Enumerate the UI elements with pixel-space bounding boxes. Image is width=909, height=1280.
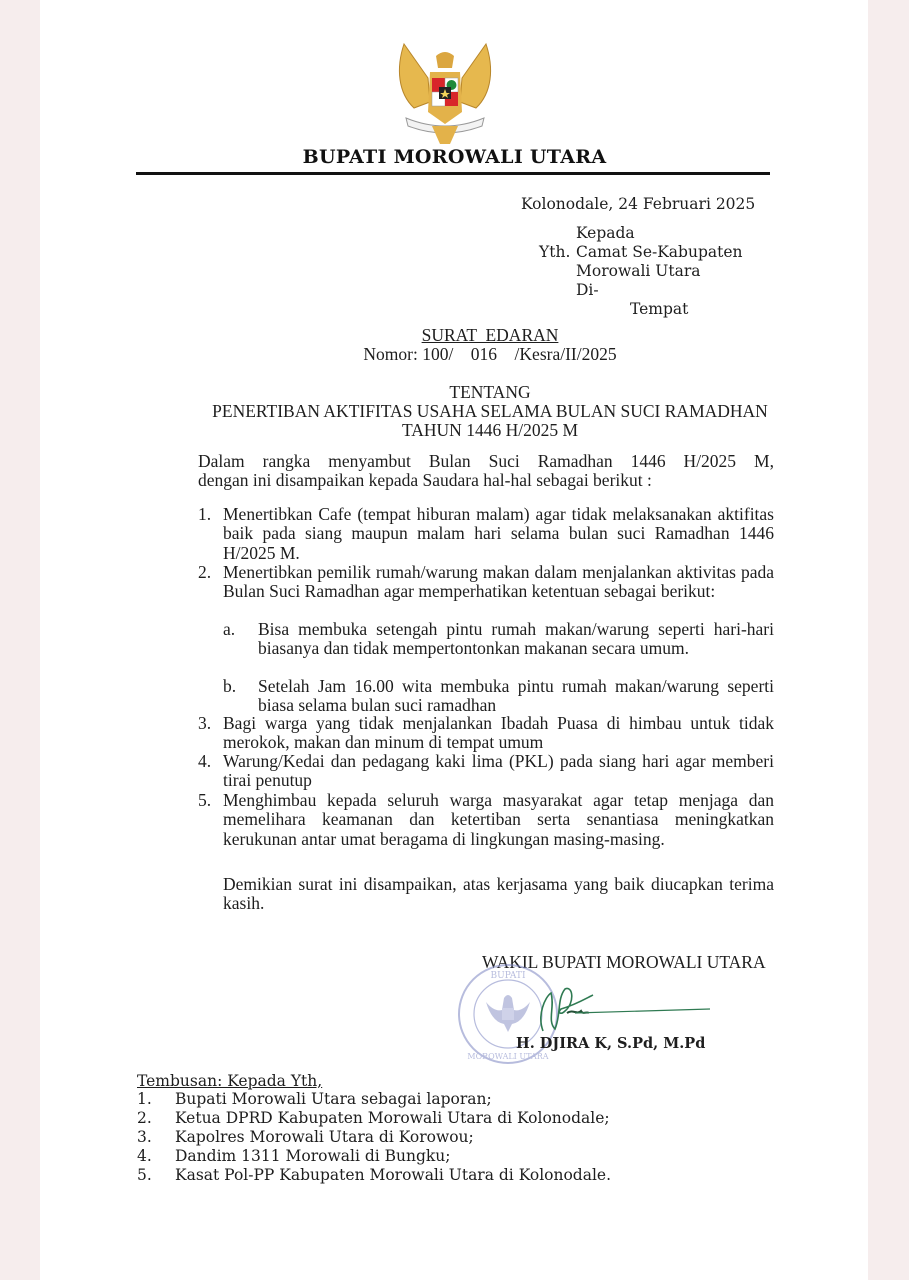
item-number: 5. xyxy=(198,791,211,810)
document-type: SURAT EDARAN xyxy=(422,325,559,345)
place-date: Kolonodale, 24 Februari 2025 xyxy=(521,195,755,214)
cc-number: 1. xyxy=(137,1090,152,1109)
sub-list-item: Bisa membuka setengah pintu rumah makan/… xyxy=(258,620,774,659)
svg-text:MOROWALI UTARA: MOROWALI UTARA xyxy=(467,1052,548,1061)
recipient-line2: Morowali Utara xyxy=(576,262,700,281)
item-number: 2. xyxy=(198,563,211,582)
item-number: 3. xyxy=(198,714,211,733)
closing-paragraph: Demikian surat ini disampaikan, atas ker… xyxy=(223,875,774,914)
recipient-yth: Yth. xyxy=(539,243,570,262)
svg-text:BUPATI: BUPATI xyxy=(491,971,526,981)
intro-line2: dengan ini disampaikan kepada Saudara ha… xyxy=(198,471,652,490)
signatory-name: H. DJIRA K, S.Pd, M.Pd xyxy=(516,1035,705,1052)
list-item: Bagi warga yang tidak menjalankan Ibadah… xyxy=(223,714,774,753)
document-number: Nomor: 100/ 016 /Kesra/II/2025 xyxy=(190,345,790,364)
intro-line1: Dalam rangka menyambut Bulan Suci Ramadh… xyxy=(198,452,774,471)
subject-line2: TAHUN 1446 H/2025 M xyxy=(190,421,790,440)
cc-number: 4. xyxy=(137,1147,152,1166)
subitem-letter: b. xyxy=(223,677,236,696)
recipient-label: Kepada xyxy=(576,224,635,243)
recipient-line1: Camat Se-Kabupaten xyxy=(576,243,743,262)
item-number: 1. xyxy=(198,505,211,524)
list-item: Warung/Kedai dan pedagang kaki lima (PKL… xyxy=(223,752,774,791)
recipient-di: Di- xyxy=(576,281,599,300)
letterhead-title: BUPATI MOROWALI UTARA xyxy=(0,146,909,168)
cc-number: 2. xyxy=(137,1109,152,1128)
cc-number: 5. xyxy=(137,1166,152,1185)
cc-title: Tembusan: Kepada Yth, xyxy=(137,1072,322,1091)
recipient-tempat: Tempat xyxy=(630,300,688,319)
cc-item: Bupati Morowali Utara sebagai laporan; xyxy=(175,1090,492,1109)
sub-list-item: Setelah Jam 16.00 wita membuka pintu rum… xyxy=(258,677,774,716)
cc-item: Kasat Pol-PP Kabupaten Morowali Utara di… xyxy=(175,1166,611,1185)
list-item: Menertibkan Cafe (tempat hiburan malam) … xyxy=(223,505,774,563)
garuda-emblem-icon xyxy=(392,38,498,146)
item-number: 4. xyxy=(198,752,211,771)
handwritten-signature-icon xyxy=(535,985,715,1035)
subitem-letter: a. xyxy=(223,620,235,639)
cc-item: Kapolres Morowali Utara di Korowou; xyxy=(175,1128,474,1147)
list-item: Menghimbau kepada seluruh warga masyarak… xyxy=(223,791,774,849)
subject-line1: PENERTIBAN AKTIFITAS USAHA SELAMA BULAN … xyxy=(190,402,790,421)
cc-item: Dandim 1311 Morowali di Bungku; xyxy=(175,1147,451,1166)
cc-item: Ketua DPRD Kabupaten Morowali Utara di K… xyxy=(175,1109,610,1128)
about-label: TENTANG xyxy=(190,383,790,402)
list-item: Menertibkan pemilik rumah/warung makan d… xyxy=(223,563,774,602)
letterhead-divider xyxy=(136,172,770,175)
cc-number: 3. xyxy=(137,1128,152,1147)
